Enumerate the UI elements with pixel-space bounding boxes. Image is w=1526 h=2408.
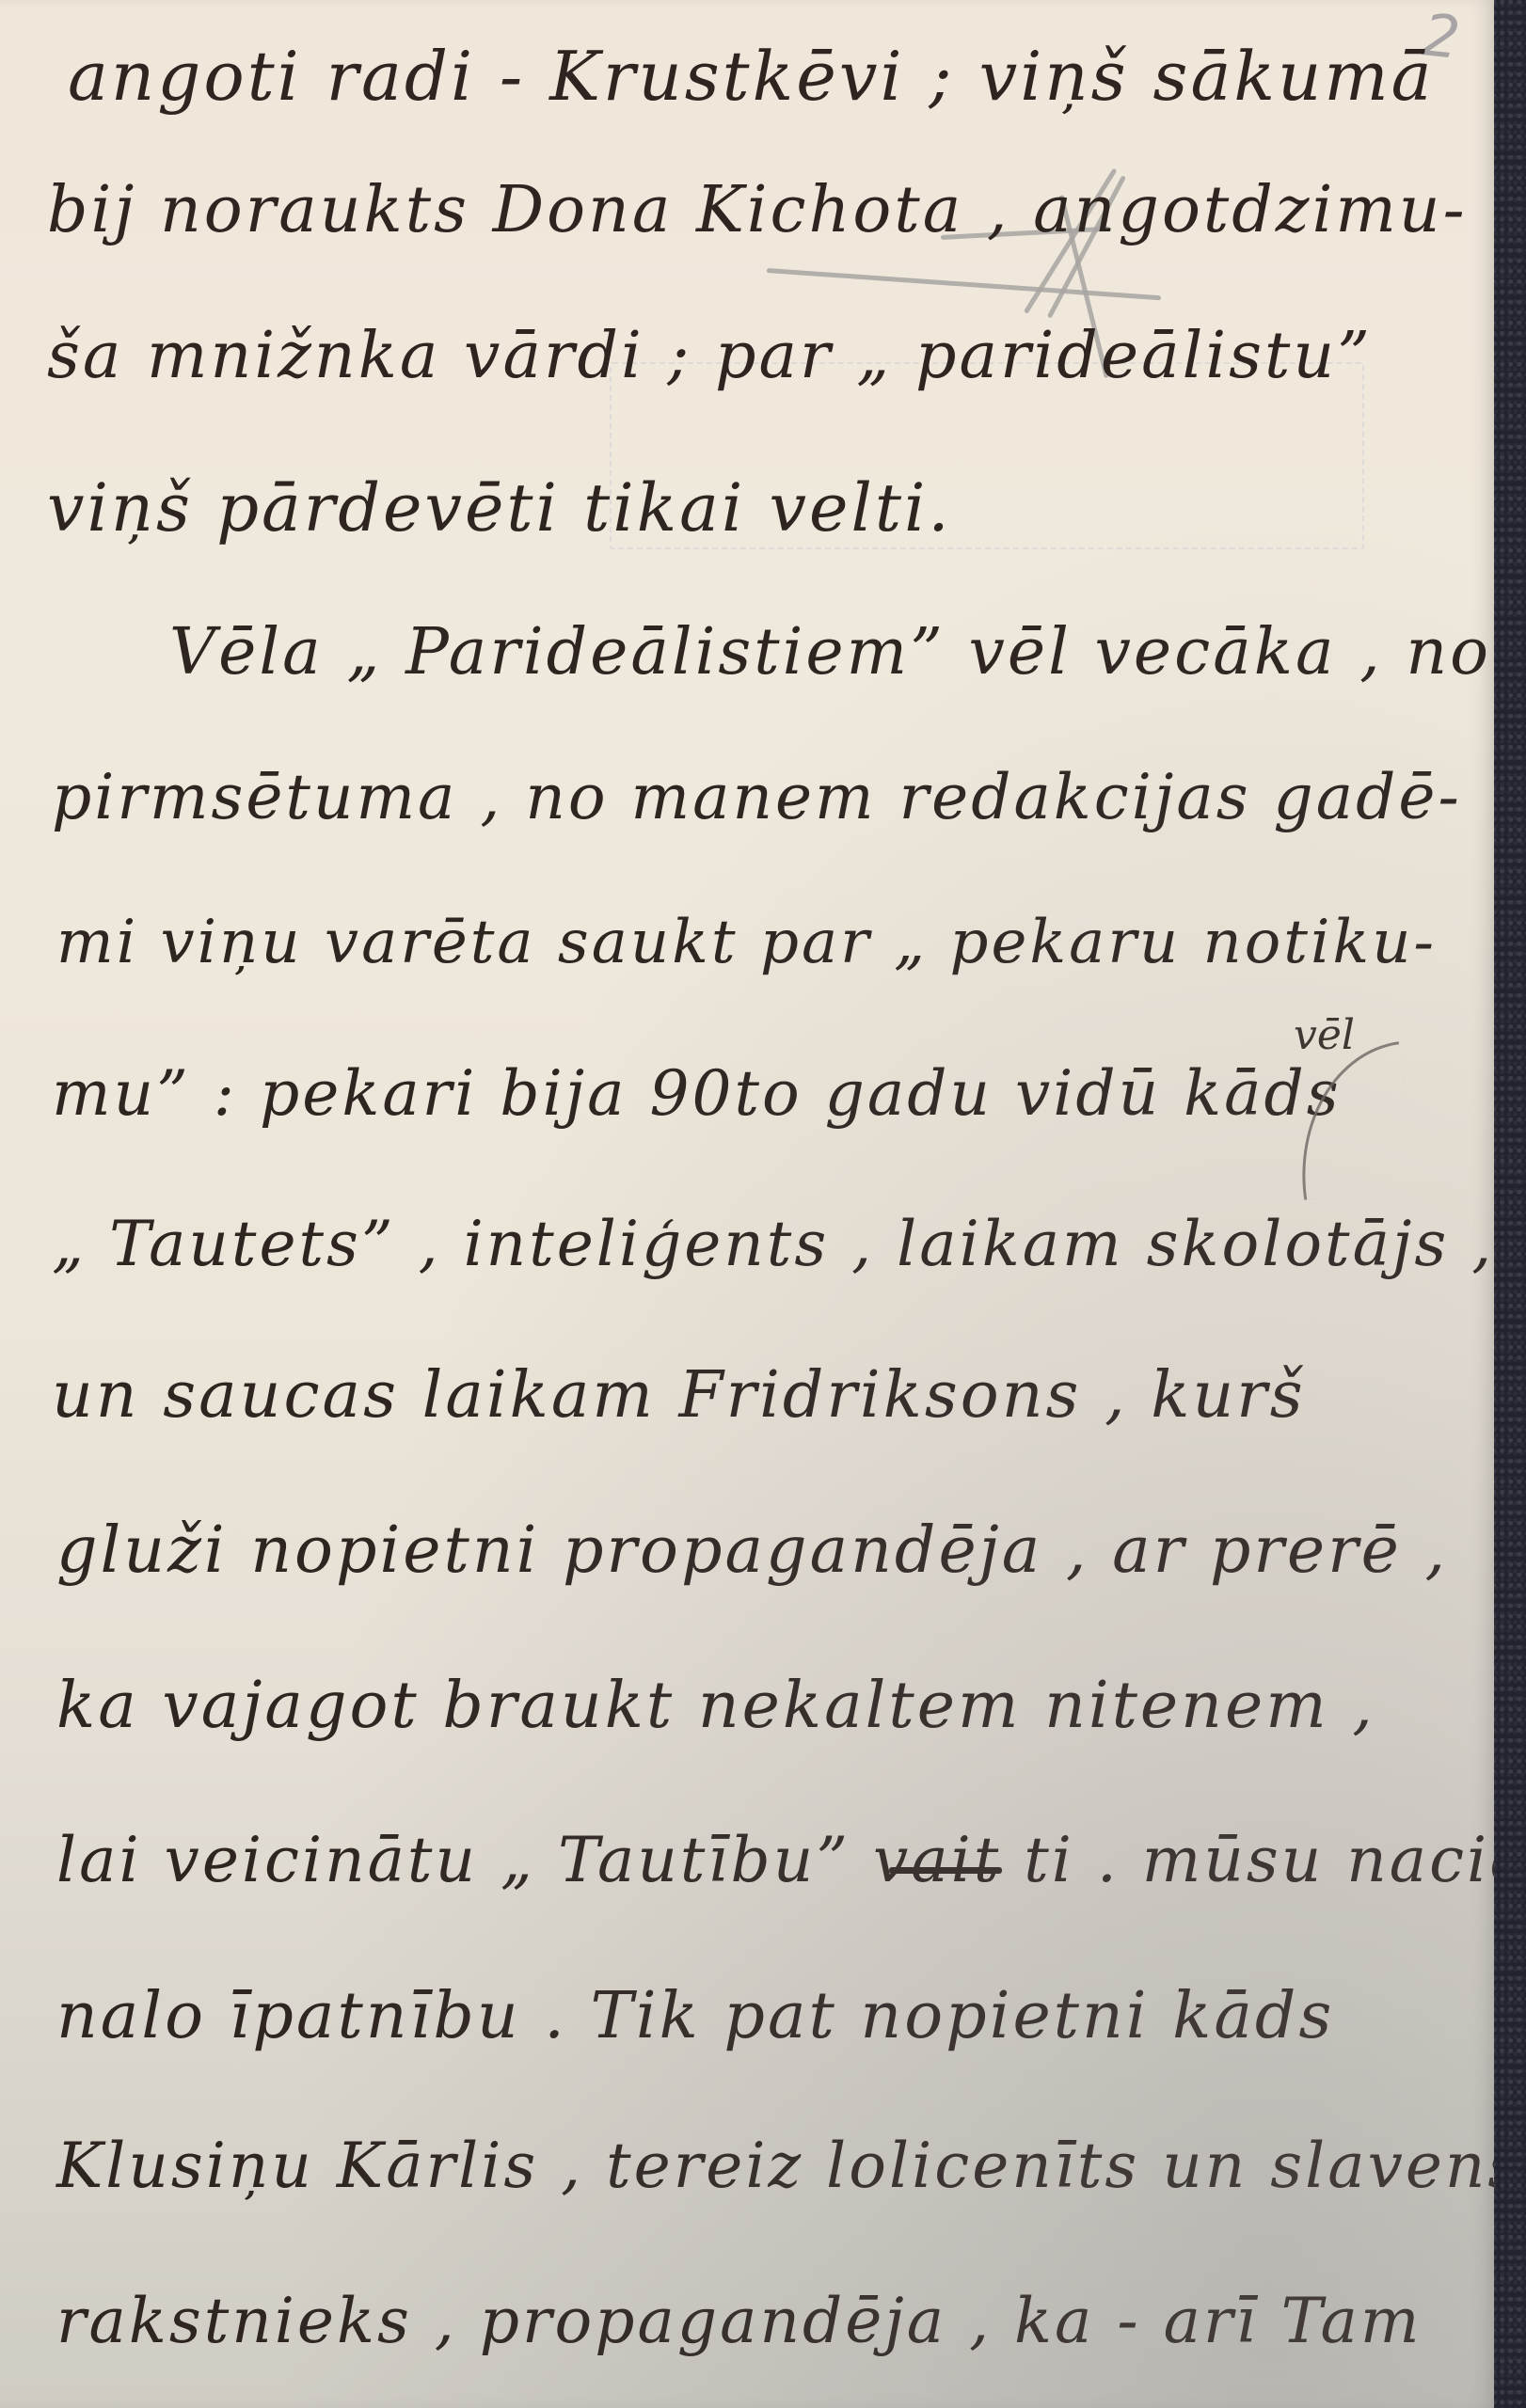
manuscript-line: angoti radi - Krustkēvi ; viņš sākumā: [68, 42, 1435, 110]
manuscript-line: viņš pārdevēti tikai velti.: [47, 475, 952, 541]
manuscript-line: Klusiņu Kārlis , tereiz lolicenīts un sl…: [56, 2135, 1494, 2197]
manuscript-line: pirmsētuma , no manem redakcijas gadē-: [52, 767, 1462, 829]
inserted-word: vēl: [1294, 1011, 1355, 1059]
manuscript-line: lai veicinātu „ Tautību” vait ti . mūsu …: [56, 1830, 1494, 1892]
manuscript-line: nalo īpatnību . Tik pat nopietni kāds: [56, 1985, 1334, 2049]
pencil-mark: [767, 268, 1161, 300]
manuscript-line: ša mnižnka vārdi ; par „ parideālistu”: [47, 325, 1373, 388]
strikethrough-mark: [889, 1867, 1002, 1874]
manuscript-line: mu” : pekari bija 90to gadu vidū kāds: [52, 1063, 1342, 1125]
manuscript-line: ka vajagot braukt nekaltem nitenem ,: [56, 1674, 1375, 1738]
manuscript-line: Vēla „ Parideālistiem” vēl vecāka , no: [169, 621, 1491, 685]
manuscript-line: gluži nopietni propagandēja , ar prerē ,: [56, 1519, 1448, 1583]
manuscript-line: „ Tautets” , inteliģents , laikam skolot…: [52, 1213, 1494, 1275]
manuscript-page: 2 angoti radi - Krustkēvi ; viņš sākumā …: [0, 0, 1494, 2408]
manuscript-line: mi viņu varēta saukt par „ pekaru notiku…: [56, 912, 1437, 973]
fabric-background: [1491, 0, 1526, 2408]
manuscript-line: rakstnieks , propagandēja , ka - arī Tam: [56, 2290, 1422, 2353]
manuscript-line: un saucas laikam Fridriksons , kurš: [52, 1364, 1306, 1428]
manuscript-line: bij noraukts Dona Kichota , angotdzimu-: [47, 179, 1468, 243]
